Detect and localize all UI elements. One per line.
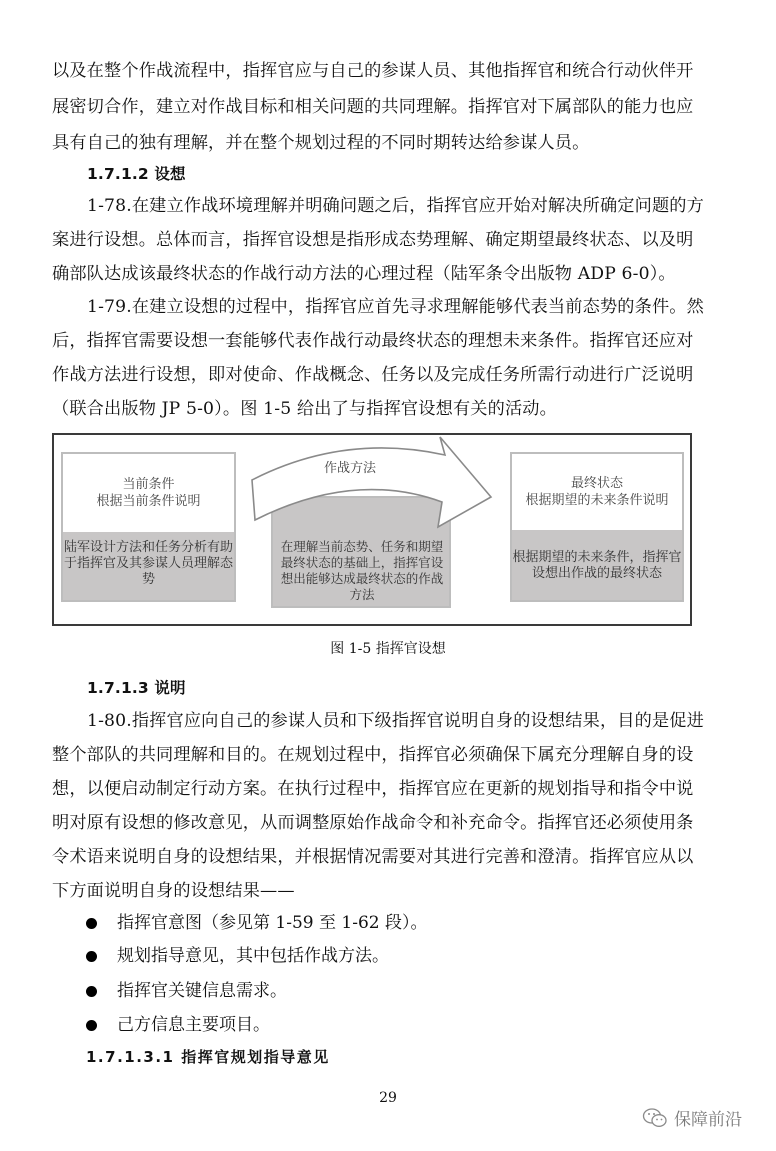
bullet-item: 指挥官关键信息需求。 [117,981,287,1001]
section-heading-17131: 1.7.1.3.1 指挥官规划指导意见 [86,1047,330,1067]
box-body-line: 根据期望的未来条件，指挥官 [508,550,686,566]
text-line: 整个部队的共同理解和目的。在规划过程中，指挥官必须确保下属充分理解自身的设 [52,745,694,765]
text-line: 以及在整个作战流程中，指挥官应与自己的参谋人员、其他指挥官和统合行动伙伴开 [52,61,694,81]
current-conditions-box: 当前条件 根据当前条件说明 陆军设计方法和任务分析有助 于指挥官及其参谋人员理解… [61,452,236,602]
bullet-item: 己方信息主要项目。 [117,1015,270,1035]
box-title: 最终状态 [571,475,623,492]
operational-approach-text: 在理解当前态势、任务和期望 最终状态的基础上，指挥官设 想出能够达成最终状态的作… [266,539,458,603]
figure-caption: 图 1-5 指挥官设想 [0,638,776,658]
box-subtitle: 根据期望的未来条件说明 [525,492,668,509]
text-line: 想，以便启动制定行动方案。在执行过程中，指挥官应在更新的规划指导和指令中说 [52,779,694,799]
body-line: 在理解当前态势、任务和期望 [266,539,458,555]
page-number: 29 [0,1090,776,1106]
section-heading-1712: 1.7.1.2 设想 [87,164,186,184]
text-line: 作战方法进行设想，即对使命、作战概念、任务以及完成任务所需行动进行广泛说明 [52,365,694,385]
body-line: 方法 [266,587,458,603]
box-body-line: 于指挥官及其参谋人员理解态 [59,556,238,572]
text-line: 1-78.在建立作战环境理解并明确问题之后，指挥官应开始对解决所确定问题的方 [87,196,704,216]
text-line: 1-80.指挥官应向自己的参谋人员和下级指挥官说明自身的设想结果，目的是促进 [87,711,704,731]
text-line: 令术语来说明自身的设想结果，并根据情况需要对其进行完善和澄清。指挥官应从以 [52,847,694,867]
text-line: 1-79.在建立设想的过程中，指挥官应首先寻求理解能够代表当前态势的条件。然 [87,297,704,317]
body-line: 最终状态的基础上，指挥官设 [266,555,458,571]
bullet-item: 指挥官意图（参见第 1-59 至 1-62 段）。 [117,913,428,933]
arrow-label: 作战方法 [324,461,376,477]
box-title: 当前条件 [122,476,174,493]
bullet-icon [86,918,97,929]
section-heading-1713: 1.7.1.3 说明 [87,678,186,698]
text-line: 明对原有设想的修改意见，从而调整原始作战命令和补充命令。指挥官还必须使用条 [52,813,694,833]
text-line: 下方面说明自身的设想结果—— [52,881,295,901]
text-line: 具有自己的独有理解，并在整个规划过程的不同时期转达给参谋人员。 [52,133,589,153]
watermark-text: 保障前沿 [674,1105,742,1130]
text-line: 展密切合作，建立对作战目标和相关问题的共同理解。指挥官对下属部队的能力也应 [52,97,694,117]
watermark: 保障前沿 [642,1105,742,1130]
body-line: 想出能够达成最终状态的作战 [266,571,458,587]
text-line: 案进行设想。总体而言，指挥官设想是指形成态势理解、确定期望最终状态、以及明 [52,230,694,250]
end-state-box: 最终状态 根据期望的未来条件说明 根据期望的未来条件，指挥官 设想出作战的最终状… [510,452,684,602]
bullet-icon [86,951,97,962]
bullet-icon [86,986,97,997]
box-body-line: 势 [59,572,238,588]
box-body-line: 陆军设计方法和任务分析有助 [59,540,238,556]
text-line: （联合出版物 JP 5-0）。图 1-5 给出了与指挥官设想有关的活动。 [52,399,557,419]
text-line: 后，指挥官需要设想一套能够代表作战行动最终状态的理想未来条件。指挥官还应对 [52,331,694,351]
box-body-line: 设想出作战的最终状态 [508,566,686,582]
figure-commander-visualization: 当前条件 根据当前条件说明 陆军设计方法和任务分析有助 于指挥官及其参谋人员理解… [52,433,692,626]
box-subtitle: 根据当前条件说明 [96,493,200,510]
bullet-item: 规划指导意见，其中包括作战方法。 [117,946,389,966]
bullet-icon [86,1020,97,1031]
text-line: 确部队达成该最终状态的作战行动方法的心理过程（陆军条令出版物 ADP 6-0）。 [52,264,676,284]
wechat-icon [642,1107,668,1129]
